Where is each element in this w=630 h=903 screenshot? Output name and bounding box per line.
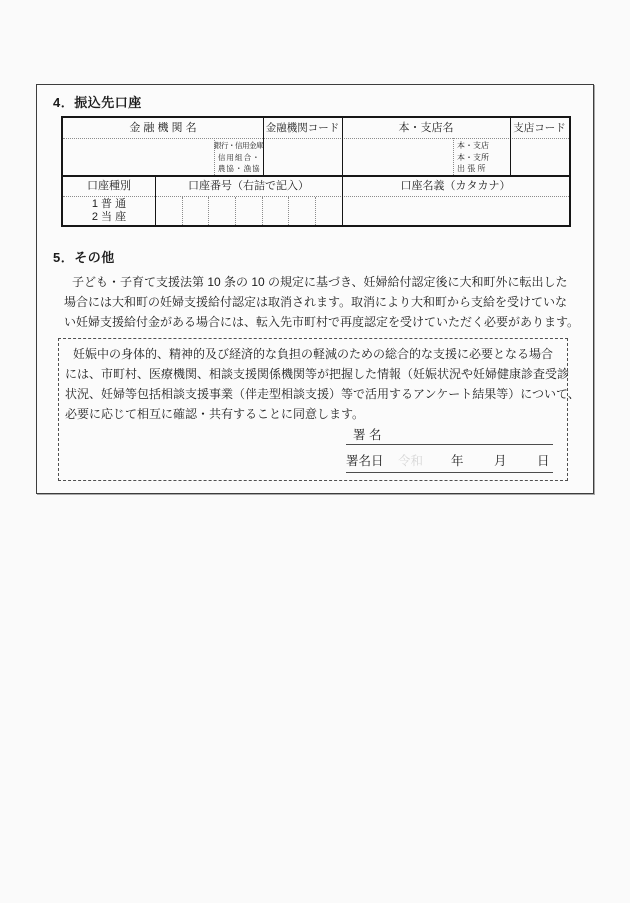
section5-title: 5．その他 <box>53 247 115 266</box>
account-number-input[interactable] <box>156 197 342 225</box>
consent-box: 妊娠中の身体的、精神的及び経済的な負担の軽減のための総合的な支援に必要となる場合… <box>58 338 568 481</box>
consent-line: には、市町村、医療機関、相談支援関係機関等が把握した情報（妊娠状況や妊婦健康診査… <box>65 364 563 384</box>
year-label: 年 <box>451 451 464 469</box>
signature-name-line[interactable] <box>346 444 553 445</box>
paragraph-line: 場合には大和町の妊婦支援給付認定は取消されます。取消により大和町から支給を受けて… <box>64 292 570 312</box>
account-type-header: 口座種別 <box>63 177 155 196</box>
branch-code-header: 支店コード <box>510 118 569 138</box>
consent-line: 妊娠中の身体的、精神的及び経済的な負担の軽減のための総合的な支援に必要となる場合 <box>65 344 563 364</box>
document-canvas: { "page": { "background_color": "#fafafa… <box>0 0 630 903</box>
institution-type-line: 信 用 組 合 ・ <box>214 152 263 164</box>
institution-name-input[interactable] <box>63 139 213 175</box>
month-label: 月 <box>494 451 507 469</box>
signature-date-field[interactable]: 署名日 令和 年 月 日 <box>346 451 553 469</box>
account-type-option-toza[interactable]: 2 当 座 <box>63 211 155 224</box>
institution-type-legend: 銀行・信用金庫 信 用 組 合 ・ 農 協 ・ 漁 協 <box>214 140 263 175</box>
institution-name-header: 金 融 機 関 名 <box>63 118 263 138</box>
section4-title: 4．振込先口座 <box>53 92 142 111</box>
consent-text: 妊娠中の身体的、精神的及び経済的な負担の軽減のための総合的な支援に必要となる場合… <box>65 344 563 424</box>
branch-type-legend: 本・支店 本・支所 出 張 所 <box>455 140 511 175</box>
section5-paragraph: 子ども・子育て支援法第 10 条の 10 の規定に基づき、妊婦給付認定後に大和町… <box>64 272 570 332</box>
signature-date-label: 署名日 <box>346 451 384 469</box>
era-label: 令和 <box>398 451 423 469</box>
consent-line: 必要に応じて相互に確認・共有することに同意します。 <box>65 404 563 424</box>
branch-name-input[interactable] <box>343 139 453 175</box>
branch-type-line: 本・支店 <box>457 140 511 152</box>
bank-account-table: 金 融 機 関 名 金融機関コード 本・支店名 支店コード 銀行・信用金庫 信 … <box>61 116 571 227</box>
institution-type-line: 農 協 ・ 漁 協 <box>214 163 263 175</box>
account-name-header: 口座名義（カタカナ） <box>342 177 569 196</box>
institution-code-input[interactable] <box>264 139 341 175</box>
institution-type-line: 銀行・信用金庫 <box>214 140 263 152</box>
table-grid-line <box>453 138 454 175</box>
institution-code-header: 金融機関コード <box>263 118 342 138</box>
branch-type-line: 本・支所 <box>457 152 511 164</box>
paragraph-line: い妊婦支援給付金がある場合には、転入先市町村で再度認定を受けていただく必要があり… <box>64 312 570 332</box>
branch-code-input[interactable] <box>511 139 568 175</box>
account-name-input[interactable] <box>343 197 569 225</box>
branch-type-line: 出 張 所 <box>457 163 511 175</box>
account-type-options: 1 普 通 2 当 座 <box>63 198 155 224</box>
day-label: 日 <box>537 451 550 469</box>
account-type-option-futsu[interactable]: 1 普 通 <box>63 198 155 211</box>
signature-date-line[interactable] <box>346 472 553 473</box>
branch-name-header: 本・支店名 <box>342 118 510 138</box>
paragraph-line: 子ども・子育て支援法第 10 条の 10 の規定に基づき、妊婦給付認定後に大和町… <box>64 272 570 292</box>
signature-label: 署 名 <box>353 425 381 443</box>
consent-line: 状況、妊婦等包括相談支援事業（伴走型相談支援）等で活用するアンケート結果等）につ… <box>65 384 563 404</box>
account-number-header: 口座番号（右詰で記入） <box>155 177 342 196</box>
